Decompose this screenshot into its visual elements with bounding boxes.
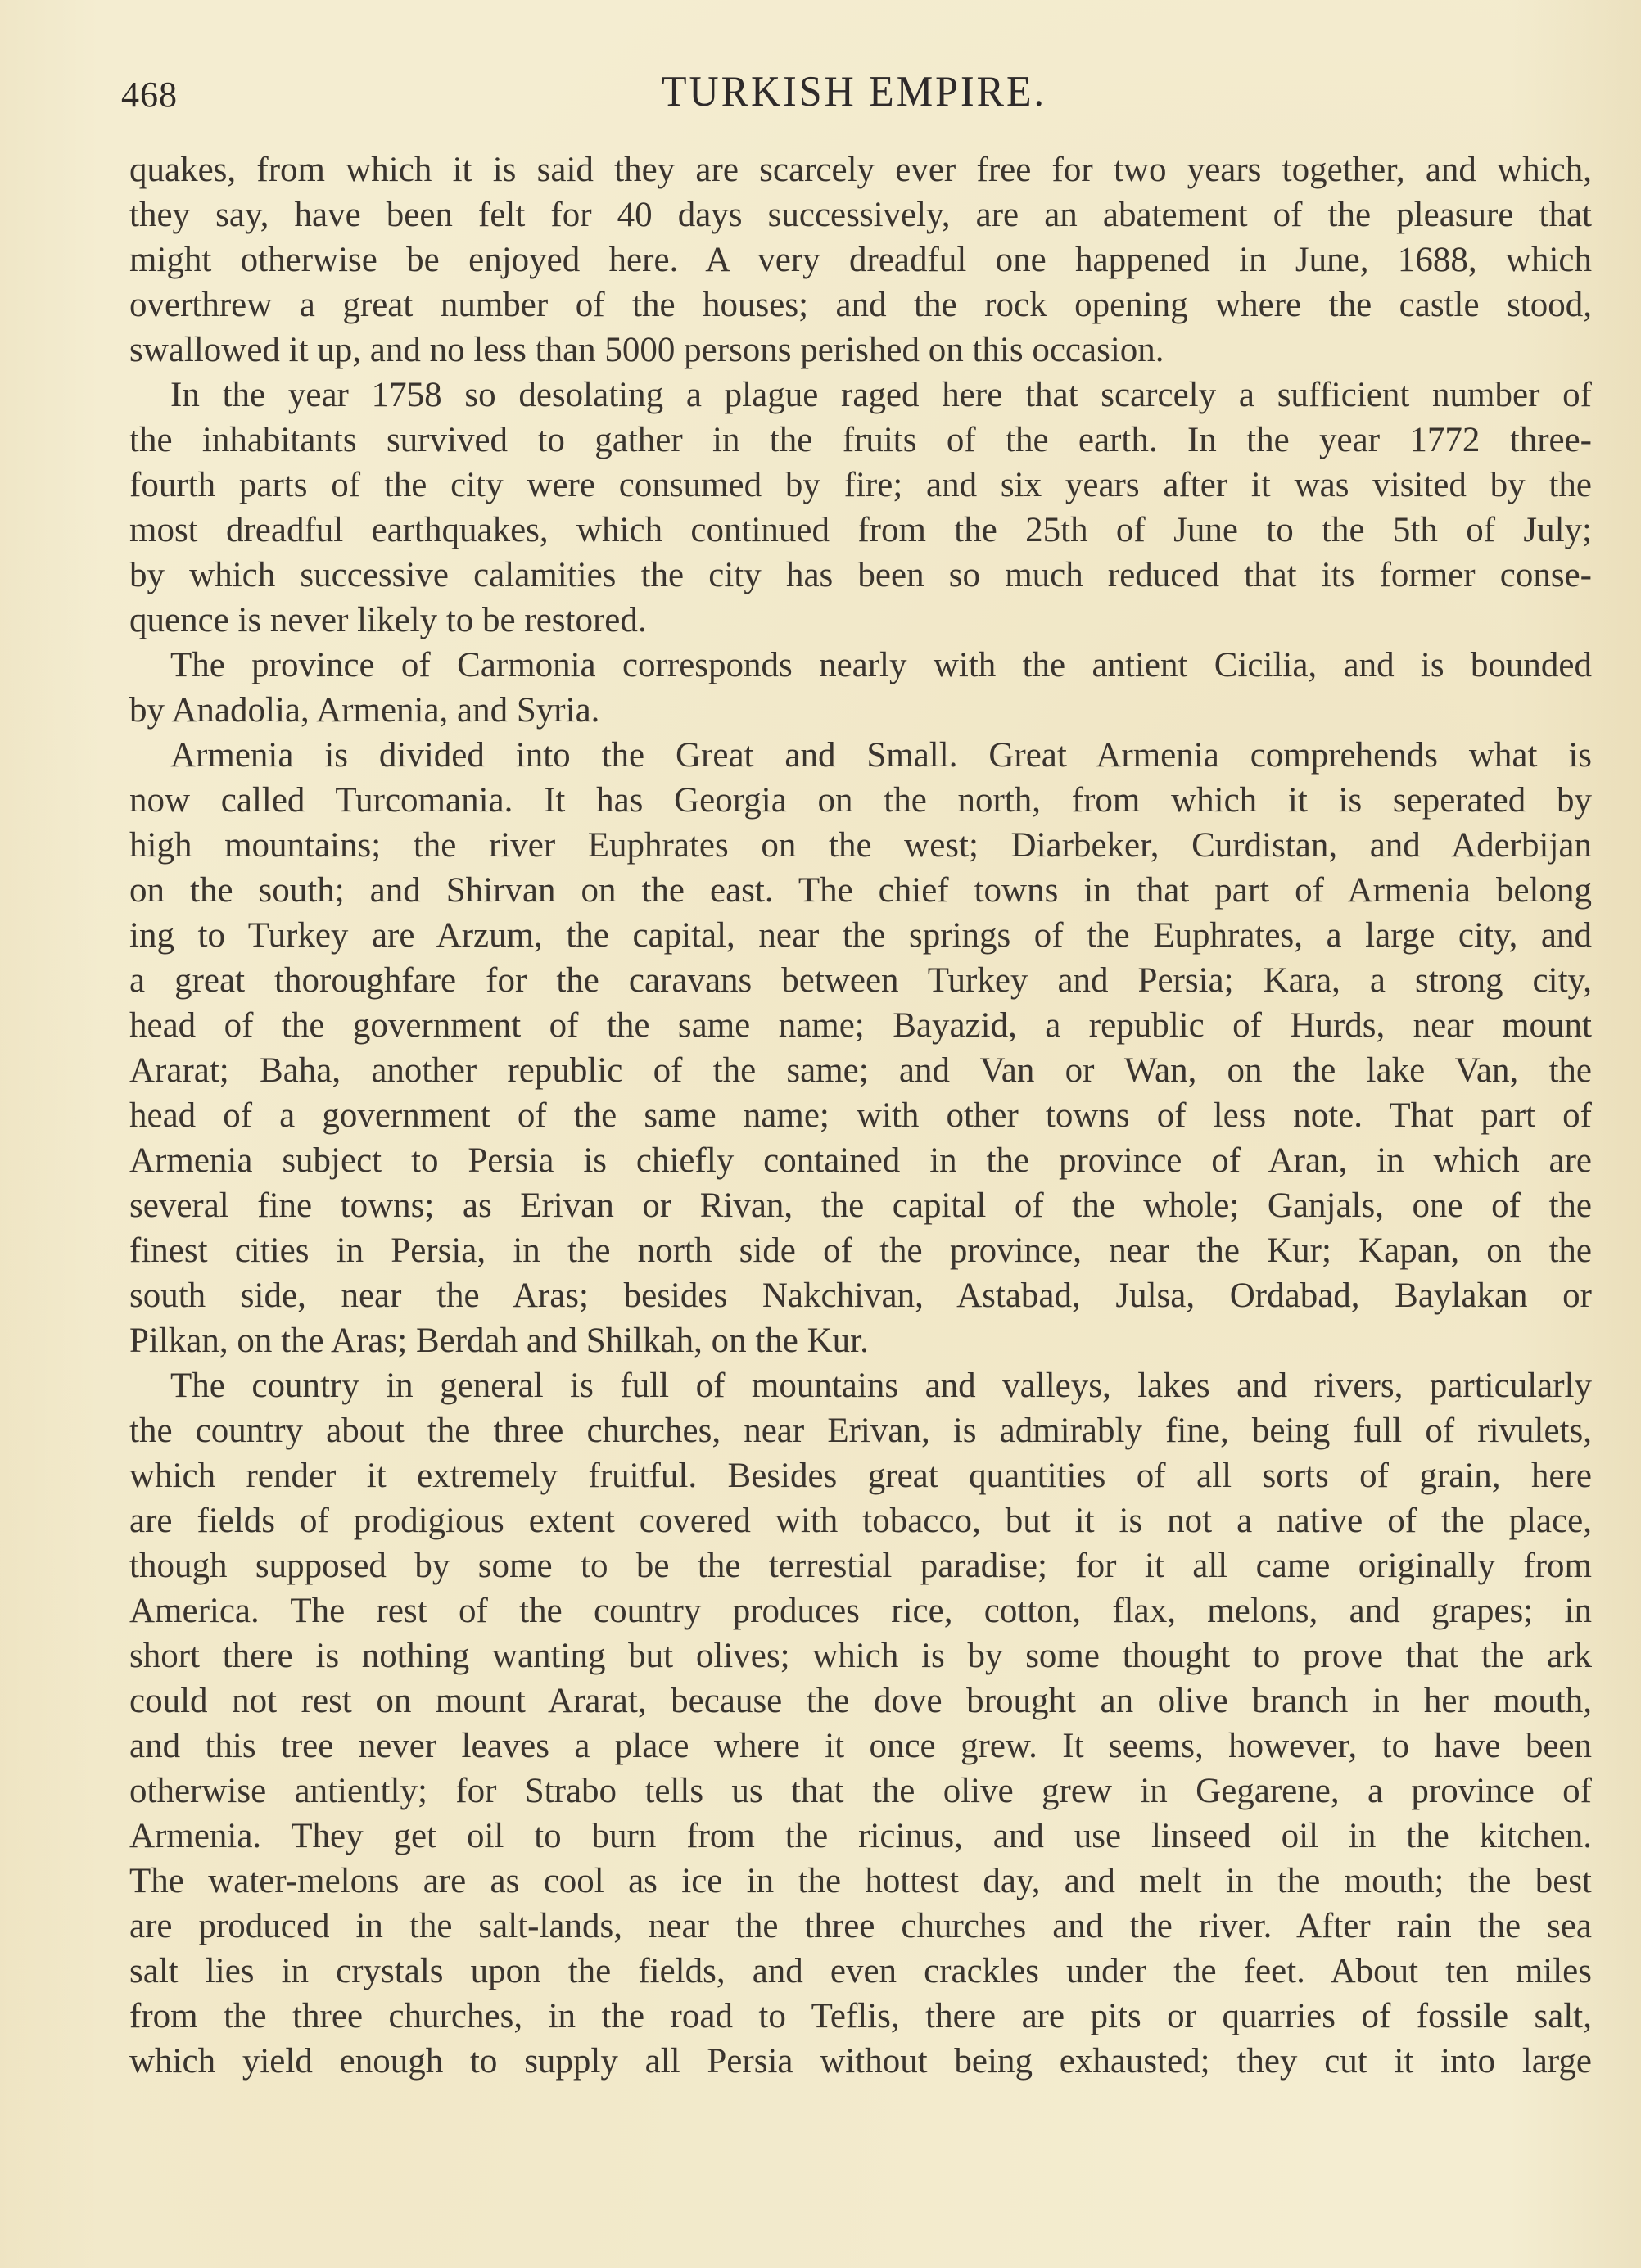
text-line: most dreadful earthquakes, which continu… [129,508,1592,553]
text-line: several fine towns; as Erivan or Rivan, … [129,1183,1592,1228]
text-line: high mountains; the river Euphrates on t… [129,823,1592,868]
text-line: the country about the three churches, ne… [129,1408,1592,1453]
running-head: 468 TURKISH EMPIRE. [129,67,1592,124]
text-line: swallowed it up, and no less than 5000 p… [129,328,1592,373]
text-line: are produced in the salt-lands, near the… [129,1904,1592,1949]
text-line: which yield enough to supply all Persia … [129,2039,1592,2084]
text-line: In the year 1758 so desolating a plague … [129,373,1592,418]
paragraph: The province of Carmonia corresponds nea… [129,643,1592,733]
text-line: head of a government of the same name; w… [129,1093,1592,1138]
running-title: TURKISH EMPIRE. [662,66,1047,116]
text-line: from the three churches, in the road to … [129,1994,1592,2039]
text-line: by which successive calamities the city … [129,553,1592,598]
paragraph: The country in general is full of mounta… [129,1363,1592,2084]
text-line: head of the government of the same name;… [129,1003,1592,1048]
text-line: salt lies in crystals upon the fields, a… [129,1949,1592,1994]
text-line: are fields of prodigious extent covered … [129,1498,1592,1543]
text-line: Ararat; Baha, another republic of the sa… [129,1048,1592,1093]
text-line: America. The rest of the country produce… [129,1588,1592,1633]
paragraph: Armenia is divided into the Great and Sm… [129,733,1592,1363]
text-line: a great thoroughfare for the caravans be… [129,958,1592,1003]
text-line: which render it extremely fruitful. Besi… [129,1453,1592,1498]
text-line: on the south; and Shirvan on the east. T… [129,868,1592,913]
text-line: ing to Turkey are Arzum, the capital, ne… [129,913,1592,958]
text-line: otherwise antiently; for Strabo tells us… [129,1769,1592,1814]
text-line: now called Turcomania. It has Georgia on… [129,778,1592,823]
text-line: by Anadolia, Armenia, and Syria. [129,688,1592,733]
text-line: quakes, from which it is said they are s… [129,147,1592,192]
body-text: quakes, from which it is said they are s… [129,147,1592,2084]
text-line: south side, near the Aras; besides Nakch… [129,1273,1592,1318]
text-line: could not rest on mount Ararat, because … [129,1678,1592,1724]
text-line: and this tree never leaves a place where… [129,1724,1592,1769]
text-line: Armenia. They get oil to burn from the r… [129,1814,1592,1859]
text-line: fourth parts of the city were consumed b… [129,463,1592,508]
text-line: Armenia is divided into the Great and Sm… [129,733,1592,778]
text-line: Armenia subject to Persia is chiefly con… [129,1138,1592,1183]
text-line: The country in general is full of mounta… [129,1363,1592,1408]
text-line: overthrew a great number of the houses; … [129,282,1592,328]
paragraph: quakes, from which it is said they are s… [129,147,1592,373]
page-number: 468 [121,74,178,115]
text-line: might otherwise be enjoyed here. A very … [129,237,1592,282]
text-line: Pilkan, on the Aras; Berdah and Shilkah,… [129,1318,1592,1363]
text-line: The water-melons are as cool as ice in t… [129,1859,1592,1904]
text-line: the inhabitants survived to gather in th… [129,418,1592,463]
text-line: quence is never likely to be restored. [129,598,1592,643]
text-line: though supposed by some to be the terres… [129,1543,1592,1588]
book-page: 468 TURKISH EMPIRE. quakes, from which i… [129,67,1592,2084]
text-line: finest cities in Persia, in the north si… [129,1228,1592,1273]
text-line: they say, have been felt for 40 days suc… [129,192,1592,237]
paragraph: In the year 1758 so desolating a plague … [129,373,1592,643]
text-line: short there is nothing wanting but olive… [129,1633,1592,1678]
text-line: The province of Carmonia corresponds nea… [129,643,1592,688]
